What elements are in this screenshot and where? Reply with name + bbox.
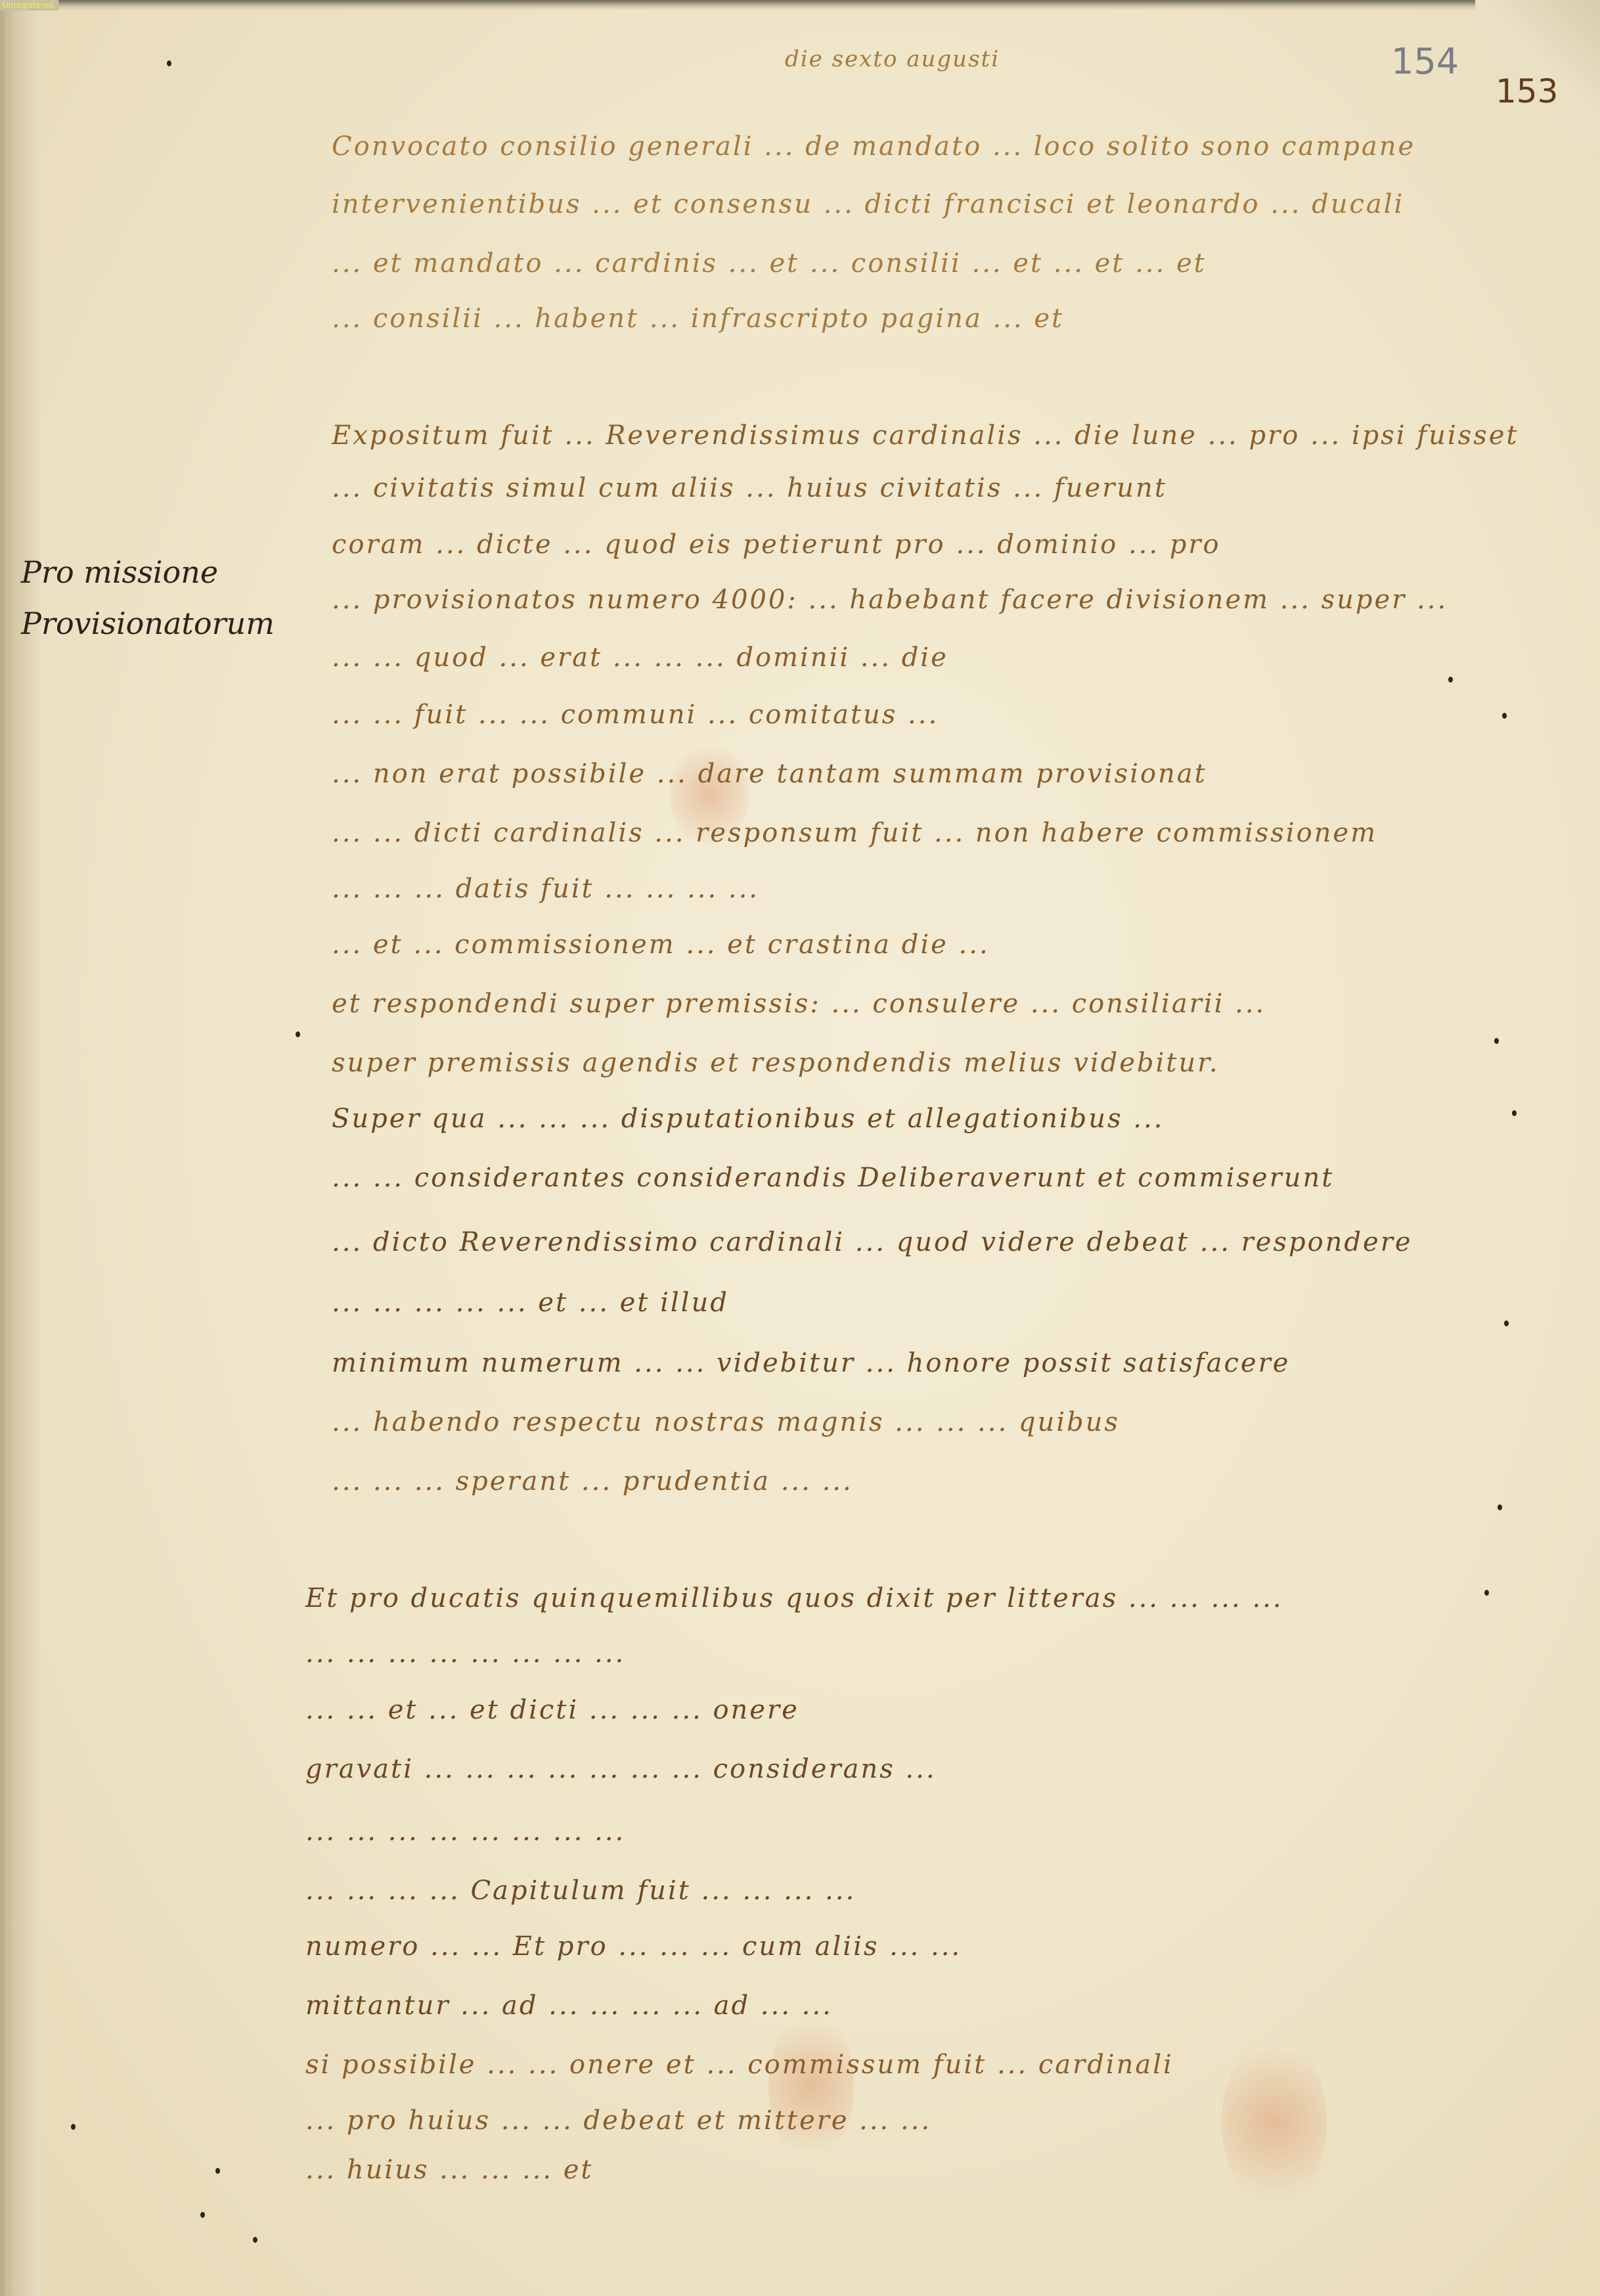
stain-mark xyxy=(1222,2037,1327,2207)
ink-dot xyxy=(1494,1038,1499,1044)
text-line: ... ... quod ... erat ... ... ... domini… xyxy=(332,642,948,673)
text-line: numero ... ... Et pro ... ... ... cum al… xyxy=(305,1931,962,1962)
text-line: ... et mandato ... cardinis ... et ... c… xyxy=(332,248,1207,279)
text-line: ... ... considerantes considerandis Deli… xyxy=(332,1163,1334,1193)
ink-dot xyxy=(1504,1320,1509,1326)
text-line: intervenientibus ... et consensu ... dic… xyxy=(332,189,1404,219)
ink-dot xyxy=(167,60,171,66)
text-line: ... huius ... ... ... et xyxy=(305,2155,594,2185)
text-line: super premissis agendis et respondendis … xyxy=(332,1048,1220,1078)
stain-mark xyxy=(768,2010,854,2161)
text-line: ... ... ... sperant ... prudentia ... ..… xyxy=(332,1466,853,1497)
text-line: Super qua ... ... ... disputationibus et… xyxy=(332,1104,1164,1134)
text-line: et respondendi super premissis: ... cons… xyxy=(332,989,1266,1019)
ink-dot xyxy=(1502,713,1507,719)
margin-note: Pro missione Provisionatorum xyxy=(21,547,310,649)
text-line: Convocato consilio generali ... de manda… xyxy=(332,131,1415,162)
ink-dot xyxy=(1498,1504,1502,1510)
manuscript-page: Unregistered. die sexto augusti 154 153 … xyxy=(0,0,1600,2296)
text-line: ... non erat possibile ... dare tantam s… xyxy=(332,759,1207,789)
ink-dot xyxy=(1484,1590,1489,1596)
ink-dot xyxy=(253,2237,257,2243)
text-line: ... ... ... ... ... ... ... ... xyxy=(305,1816,625,1847)
unregistered-watermark: Unregistered. xyxy=(0,0,58,11)
text-line: coram ... dicte ... quod eis petierunt p… xyxy=(332,529,1221,560)
ink-dot xyxy=(71,2124,76,2130)
text-line: ... et ... commissionem ... et crastina … xyxy=(332,930,990,960)
folio-number-pencil: 154 xyxy=(1391,41,1459,82)
margin-note-line: Pro missione xyxy=(21,547,310,598)
binding-gutter xyxy=(0,0,39,2296)
margin-note-line: Provisionatorum xyxy=(21,598,310,649)
text-line: minimum numerum ... ... videbitur ... ho… xyxy=(332,1348,1290,1378)
text-line: ... ... ... ... ... et ... et illud xyxy=(332,1288,729,1318)
page-top-edge xyxy=(39,0,1600,11)
date-heading: die sexto augusti xyxy=(785,46,1000,72)
text-line: ... ... fuit ... ... communi ... comitat… xyxy=(332,700,939,730)
text-line: gravati ... ... ... ... ... ... ... cons… xyxy=(305,1754,937,1784)
text-line: ... civitatis simul cum aliis ... huius … xyxy=(332,473,1167,503)
text-line: ... provisionatos numero 4000: ... habeb… xyxy=(332,585,1448,615)
text-line: ... dicto Reverendissimo cardinali ... q… xyxy=(332,1227,1413,1257)
text-line: ... pro huius ... ... debeat et mittere … xyxy=(305,2105,931,2136)
text-line: Expositum fuit ... Reverendissimus cardi… xyxy=(332,420,1519,451)
text-line: ... ... ... ... ... ... ... ... xyxy=(305,1638,625,1669)
ink-dot xyxy=(215,2168,220,2174)
ink-dot xyxy=(296,1031,300,1037)
text-line: ... ... ... ... Capitulum fuit ... ... .… xyxy=(305,1876,856,1906)
text-line: mittantur ... ad ... ... ... ... ad ... … xyxy=(305,1991,833,2021)
text-line: si possibile ... ... onere et ... commis… xyxy=(305,2050,1174,2080)
folio-number-ink: 153 xyxy=(1496,72,1558,110)
text-line: ... habendo respectu nostras magnis ... … xyxy=(332,1407,1120,1437)
ink-dot xyxy=(1512,1110,1517,1116)
text-line: ... ... et ... et dicti ... ... ... oner… xyxy=(305,1695,799,1725)
text-line: ... ... dicti cardinalis ... responsum f… xyxy=(332,818,1377,848)
text-line: ... ... ... datis fuit ... ... ... ... xyxy=(332,874,759,904)
text-line: Et pro ducatis quinquemillibus quos dixi… xyxy=(305,1583,1283,1613)
text-line: ... consilii ... habent ... infrascripto… xyxy=(332,304,1064,334)
ink-dot xyxy=(200,2212,205,2218)
ink-dot xyxy=(1448,677,1453,683)
gutter-edge xyxy=(7,12,8,2296)
